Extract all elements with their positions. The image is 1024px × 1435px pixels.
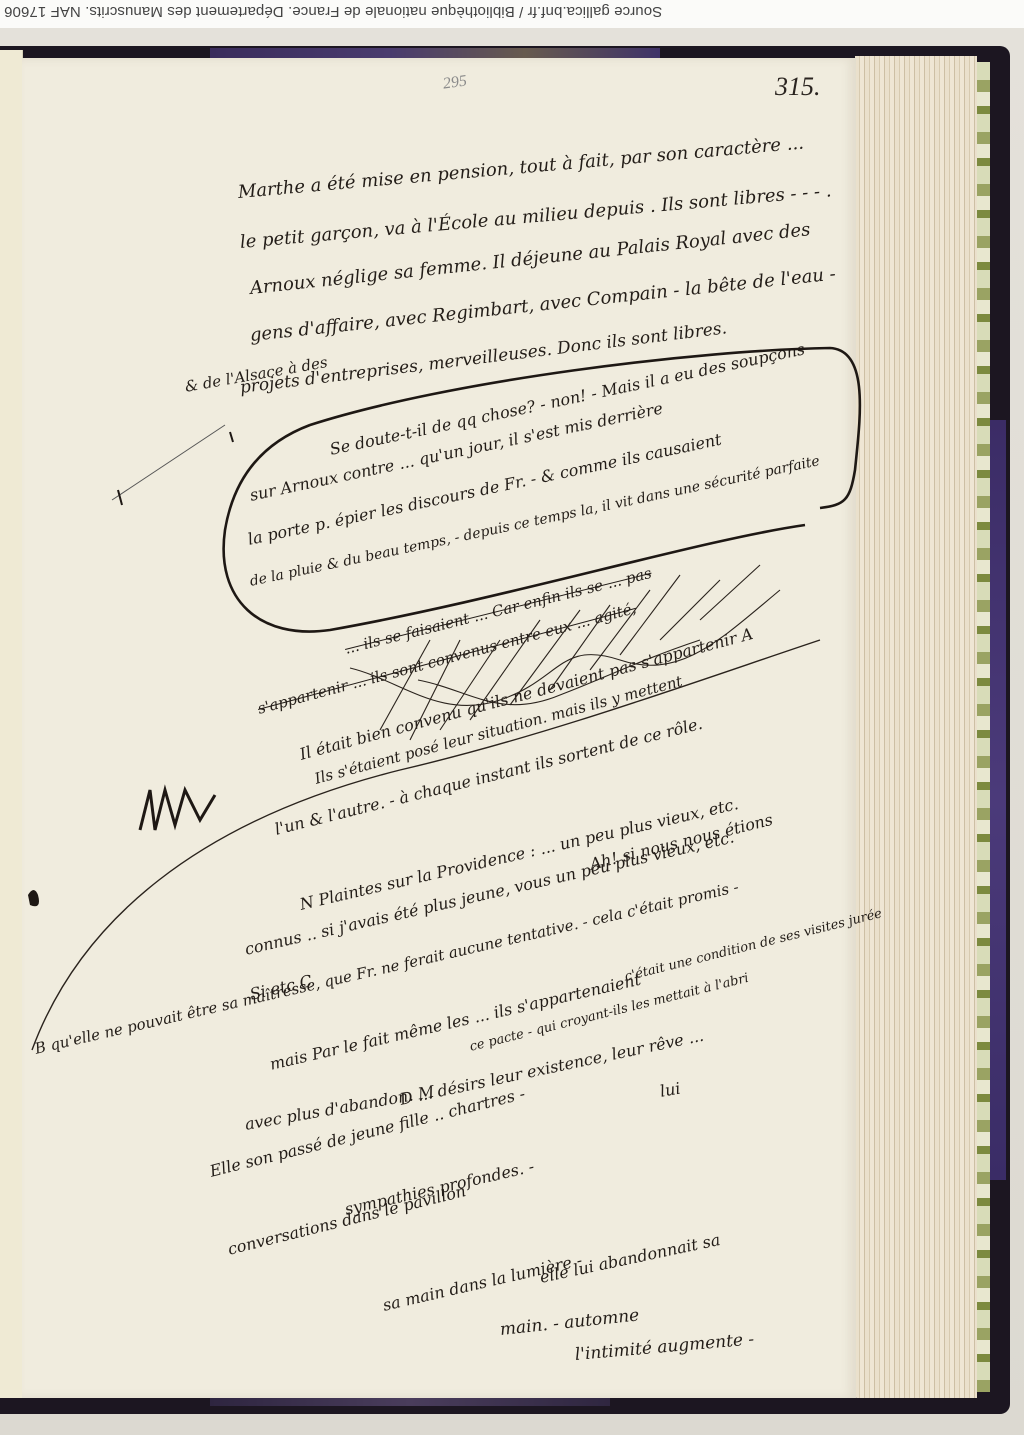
guide-line-top: [112, 425, 225, 500]
circled-passage-loop: [224, 348, 860, 632]
ink-strokes-overlay: [0, 0, 1024, 1435]
margin-scribble: [140, 790, 215, 830]
margin-tick: [230, 432, 233, 442]
ink-blot: [28, 890, 39, 906]
connector-arc: [32, 640, 820, 1050]
cross-hatching: [350, 565, 780, 740]
margin-tick: [118, 490, 122, 505]
